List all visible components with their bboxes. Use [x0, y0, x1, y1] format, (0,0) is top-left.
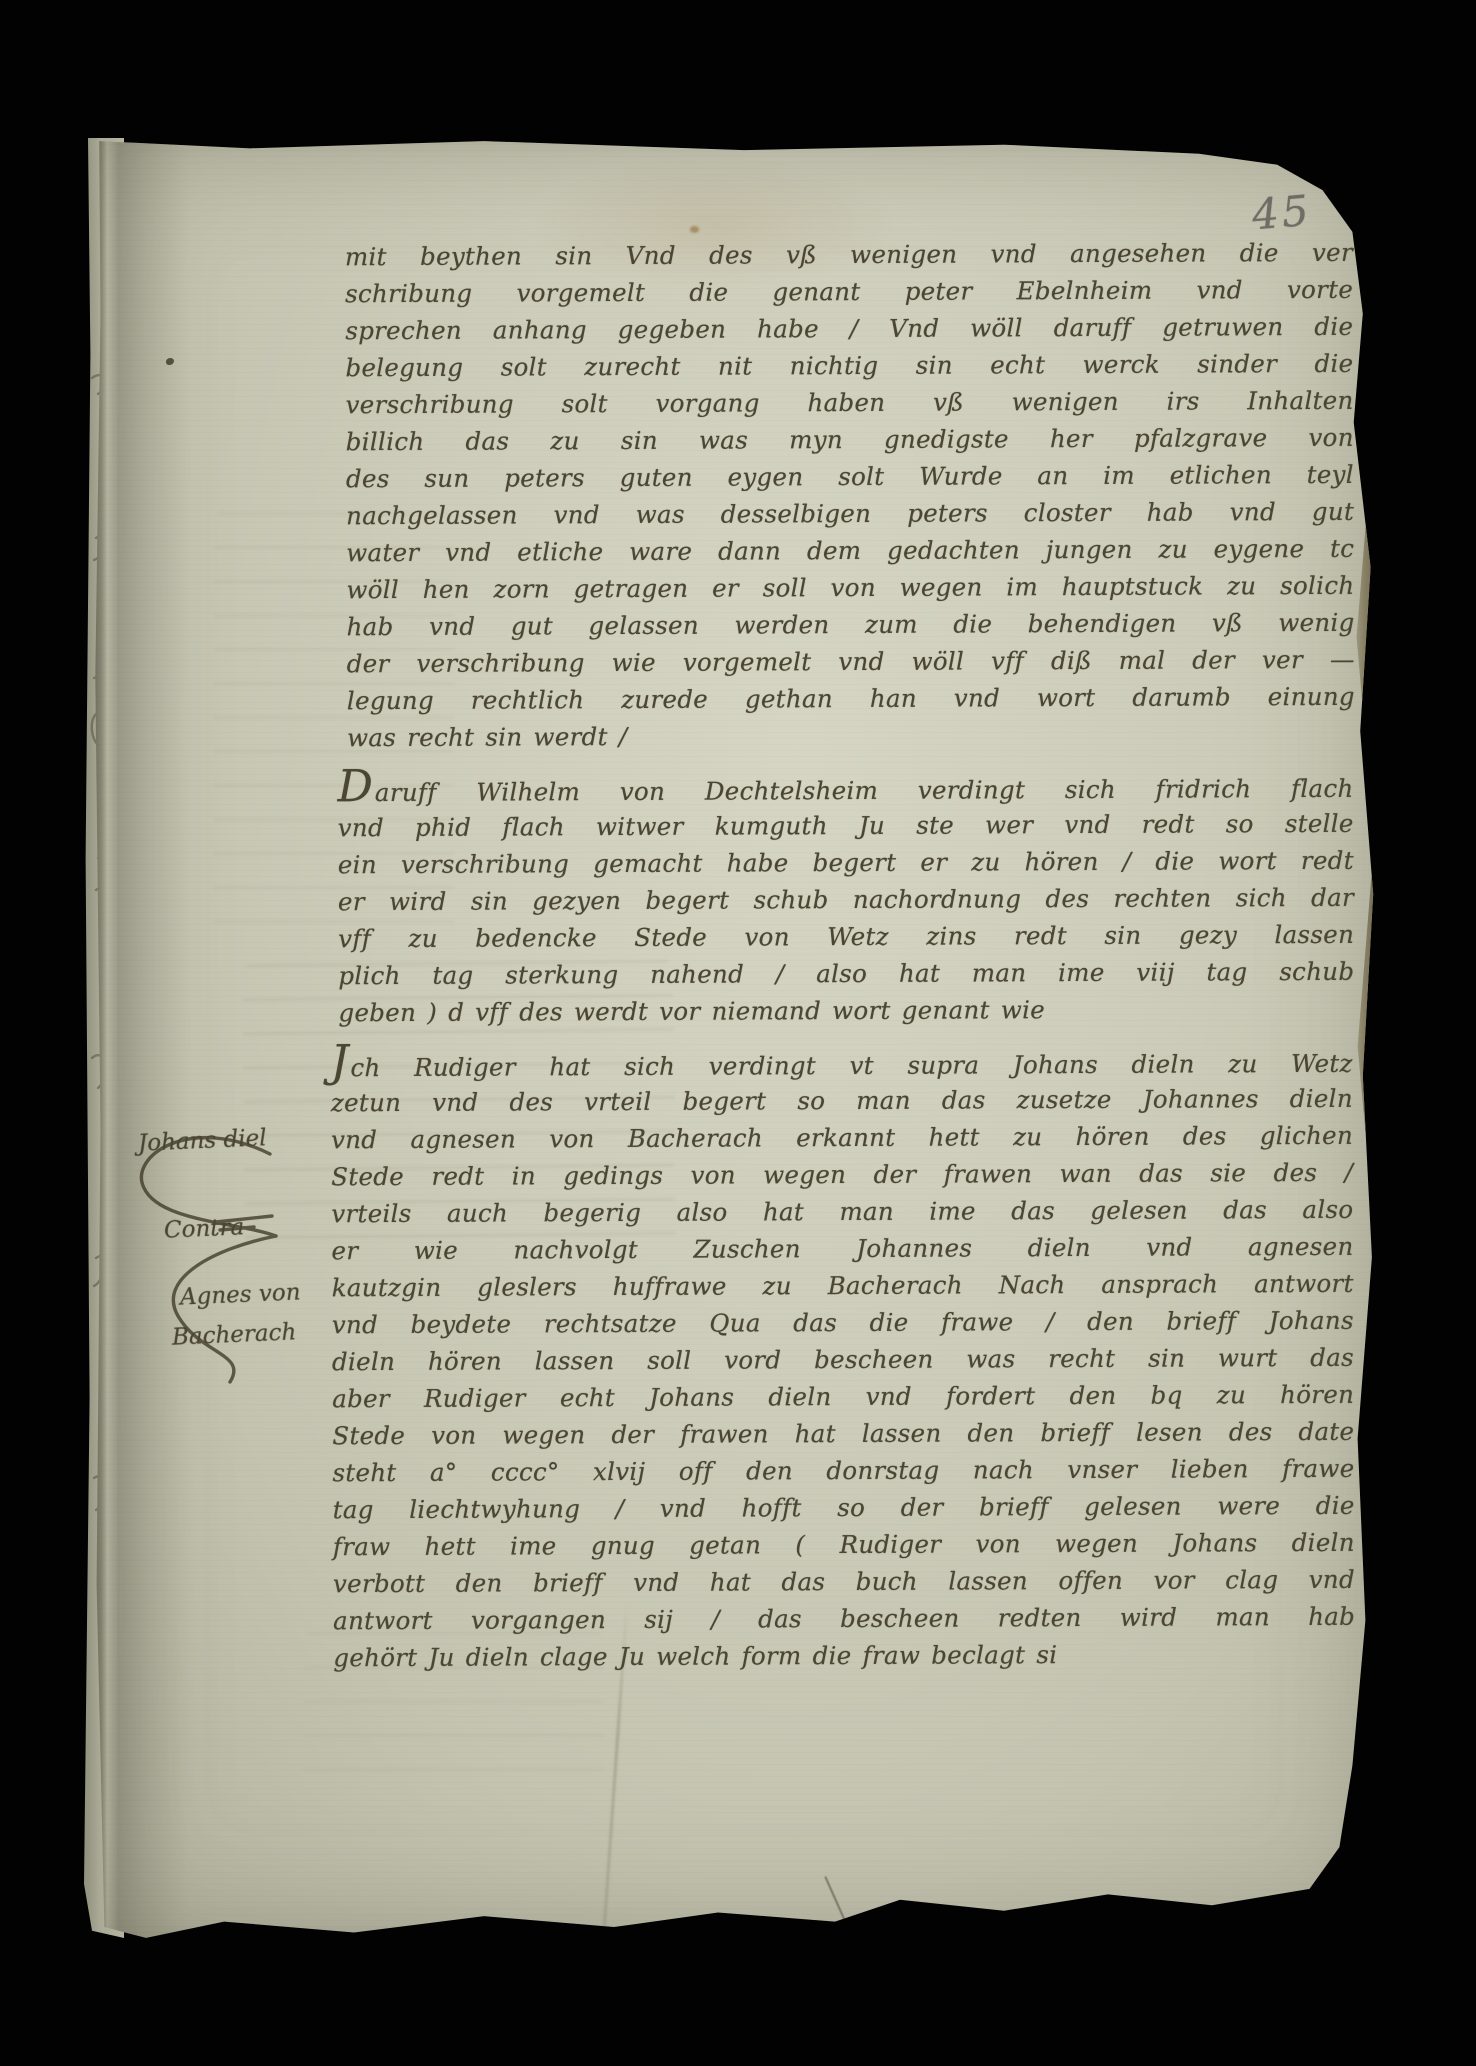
margin-note-party-defendant-line2: Bacherach: [171, 1319, 296, 1350]
manuscript-line: mit beythen sin Vnd des vß wenigen vnd a…: [345, 234, 1353, 275]
manuscript-line: Jch Rudiger hat sich verdingt vt supra J…: [331, 1043, 1353, 1084]
manuscript-paragraph: Daruff Wilhelm von Dechtelsheim verdingt…: [337, 768, 1354, 1031]
manuscript-paragraph: mit beythen sin Vnd des vß wenigen vnd a…: [345, 234, 1355, 756]
manuscript-line: schribung vorgemelt die genant peter Ebe…: [345, 271, 1353, 312]
manuscript-line: vff zu bedencke Stede von Wetz zins redt…: [338, 916, 1354, 957]
manuscript-line: verbott den brieff vnd hat das buch lass…: [333, 1561, 1355, 1602]
manuscript-line: sprechen anhang gegeben habe / Vnd wöll …: [345, 308, 1353, 349]
manuscript-line: kautzgin gleslers huffrawe zu Bacherach …: [332, 1265, 1354, 1306]
manuscript-line: Stede von wegen der frawen hat lassen de…: [332, 1413, 1354, 1454]
ink-speck: [166, 358, 174, 365]
manuscript-line: steht a° cccc° xlvij off den donrstag na…: [332, 1450, 1354, 1491]
manuscript-line: billich das zu sin was myn gnedigste her…: [346, 419, 1354, 460]
manuscript-line: water vnd etliche ware dann dem gedachte…: [346, 530, 1354, 571]
manuscript-line: aber Rudiger echt Johans dieln vnd forde…: [332, 1376, 1354, 1417]
manuscript-line: vnd phid flach witwer kumguth Ju ste wer…: [338, 805, 1354, 846]
manuscript-line: antwort vorgangen sij / das bescheen red…: [333, 1598, 1355, 1639]
manuscript-line: er wird sin gezyen begert schub nachordn…: [338, 879, 1354, 920]
manuscript-line: dieln hören lassen soll vord bescheen wa…: [332, 1339, 1354, 1380]
manuscript-line: geben ) d vff des werdt vor niemand wort…: [338, 990, 1354, 1031]
manuscript-page: 45 mit beythen sin Vnd des vß wenigen vn…: [94, 132, 1394, 1947]
margin-note-party-defendant-line1: Agnes von: [179, 1279, 301, 1310]
manuscript-line: was recht sin werdt /: [347, 715, 1355, 756]
manuscript-line: vnd beydete rechtsatze Qua das die frawe…: [332, 1302, 1354, 1343]
manuscript-line: verschribung solt vorgang haben vß wenig…: [346, 382, 1354, 423]
manuscript-line: nachgelassen vnd was desselbigen peters …: [346, 493, 1354, 534]
margin-note-contra: Contra: [163, 1214, 244, 1243]
manuscript-line: der verschribung wie vorgemelt vnd wöll …: [347, 641, 1355, 682]
manuscript-line: plich tag sterkung nahend / also hat man…: [338, 953, 1354, 994]
manuscript-line: zetun vnd des vrteil begert so man das z…: [331, 1080, 1353, 1121]
manuscript-line: belegung solt zurecht nit nichtig sin ec…: [345, 345, 1353, 386]
manuscript-paragraph: Jch Rudiger hat sich verdingt vt supra J…: [331, 1043, 1356, 1676]
text-block: mit beythen sin Vnd des vß wenigen vnd a…: [346, 236, 1354, 1674]
manuscript-line: gehört Ju dieln clage Ju welch form die …: [333, 1635, 1355, 1676]
manuscript-line: vnd agnesen von Bacherach erkannt hett z…: [331, 1117, 1353, 1158]
margin-brace-flourish: [120, 1130, 320, 1400]
manuscript-line: wöll hen zorn getragen er soll von wegen…: [346, 567, 1354, 608]
manuscript-line: fraw hett ime gnug getan ( Rudiger von w…: [333, 1524, 1355, 1565]
manuscript-line: er wie nachvolgt Zuschen Johannes dieln …: [331, 1228, 1353, 1269]
manuscript-photo: 45 mit beythen sin Vnd des vß wenigen vn…: [0, 0, 1476, 2066]
manuscript-line: Daruff Wilhelm von Dechtelsheim verdingt…: [337, 768, 1353, 809]
manuscript-line: legung rechtlich zurede gethan han vnd w…: [347, 678, 1355, 719]
gutter-crease-shadow: [94, 132, 189, 1947]
manuscript-line: ein verschribung gemacht habe begert er …: [338, 842, 1354, 883]
manuscript-line: vrteils auch begerig also hat man ime da…: [331, 1191, 1353, 1232]
rust-speck: [690, 226, 699, 233]
manuscript-line: hab vnd gut gelassen werden zum die behe…: [346, 604, 1354, 645]
manuscript-line: des sun peters guten eygen solt Wurde an…: [346, 456, 1354, 497]
page-number: 45: [1250, 186, 1313, 240]
manuscript-line: Stede redt in gedings von wegen der fraw…: [331, 1154, 1353, 1195]
paper-tear: [824, 1876, 849, 1930]
manuscript-line: tag liechtwyhung / vnd hofft so der brie…: [333, 1487, 1355, 1528]
